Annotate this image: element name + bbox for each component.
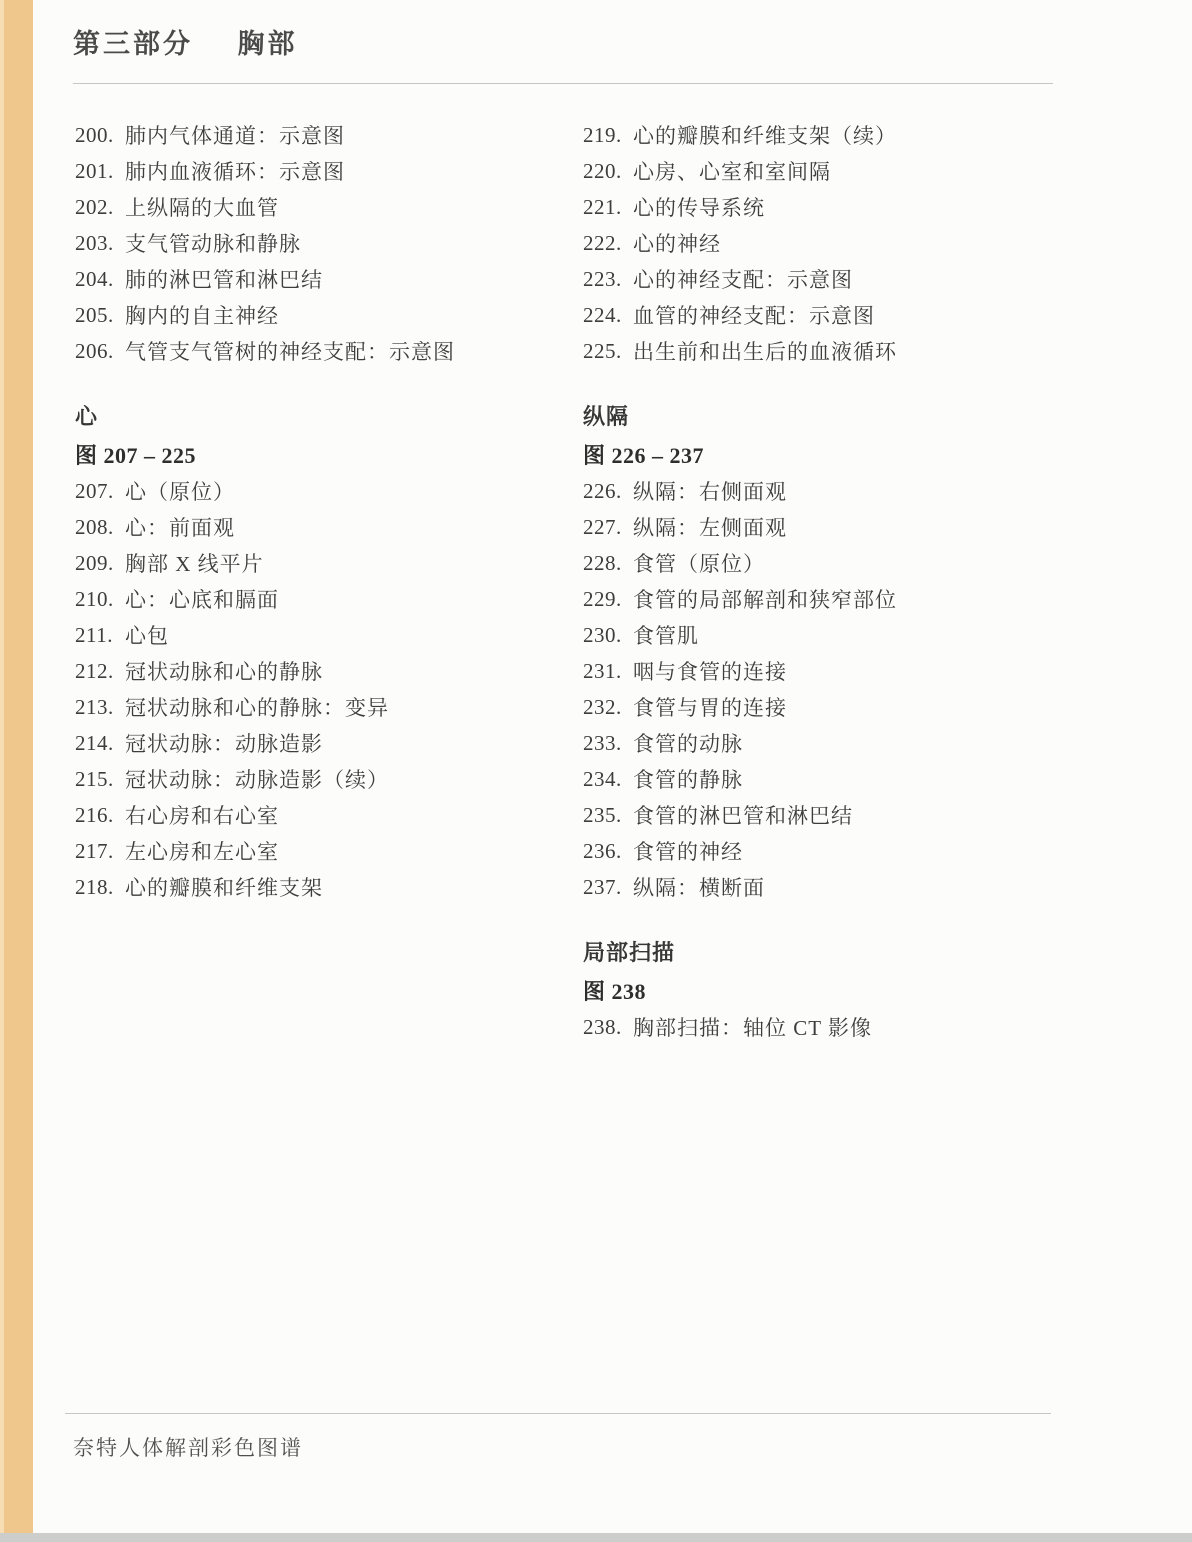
figure-title: 心包: [125, 620, 169, 650]
figure-title: 冠状动脉：动脉造影（续）: [125, 764, 389, 794]
figure-title: 冠状动脉和心的静脉: [125, 656, 323, 686]
toc-column-right: 219.心的瓣膜和纤维支架（续）220.心房、心室和室间隔221.心的传导系统2…: [583, 117, 1123, 1045]
figure-number: 233.: [583, 731, 633, 756]
figure-number: 224.: [583, 303, 633, 328]
figure-title: 左心房和左心室: [125, 836, 279, 866]
section-spacer: [75, 369, 565, 395]
figure-title: 肺内血液循环：示意图: [125, 156, 345, 186]
figure-number: 213.: [75, 695, 125, 720]
toc-entry: 204.肺的淋巴管和淋巴结: [75, 261, 565, 297]
toc-entry: 227.纵隔：左侧面观: [583, 509, 1123, 545]
figure-number: 210.: [75, 587, 125, 612]
toc-entry: 226.纵隔：右侧面观: [583, 473, 1123, 509]
figure-number: 202.: [75, 195, 125, 220]
toc-entry: 209.胸部 X 线平片: [75, 545, 565, 581]
figure-number: 231.: [583, 659, 633, 684]
toc-column-left: 200.肺内气体通道：示意图201.肺内血液循环：示意图202.上纵隔的大血管2…: [75, 117, 565, 905]
toc-entry: 221.心的传导系统: [583, 189, 1123, 225]
footer-rule: [65, 1413, 1051, 1414]
toc-entry: 223.心的神经支配：示意图: [583, 261, 1123, 297]
figure-title: 纵隔：左侧面观: [633, 512, 787, 542]
toc-entry: 215.冠状动脉：动脉造影（续）: [75, 761, 565, 797]
toc-entry: 235.食管的淋巴管和淋巴结: [583, 797, 1123, 833]
toc-entry: 203.支气管动脉和静脉: [75, 225, 565, 261]
toc-entry: 220.心房、心室和室间隔: [583, 153, 1123, 189]
figure-number: 234.: [583, 767, 633, 792]
figure-number: 205.: [75, 303, 125, 328]
figure-number: 203.: [75, 231, 125, 256]
toc-entry: 206.气管支气管树的神经支配：示意图: [75, 333, 565, 369]
figure-title: 胸部 X 线平片: [125, 548, 264, 578]
section-heading: 心: [75, 395, 565, 435]
figure-number: 217.: [75, 839, 125, 864]
figure-title: 咽与食管的连接: [633, 656, 787, 686]
toc-entry: 230.食管肌: [583, 617, 1123, 653]
toc-entry: 232.食管与胃的连接: [583, 689, 1123, 725]
section-figure-range: 图 226 – 237: [583, 435, 1123, 473]
figure-number: 228.: [583, 551, 633, 576]
section-heading: 局部扫描: [583, 931, 1123, 971]
toc-entry: 212.冠状动脉和心的静脉: [75, 653, 565, 689]
toc-entry: 234.食管的静脉: [583, 761, 1123, 797]
toc-entry: 214.冠状动脉：动脉造影: [75, 725, 565, 761]
figure-number: 208.: [75, 515, 125, 540]
figure-number: 212.: [75, 659, 125, 684]
figure-number: 226.: [583, 479, 633, 504]
figure-title: 上纵隔的大血管: [125, 192, 279, 222]
figure-title: 食管与胃的连接: [633, 692, 787, 722]
figure-title: 纵隔：右侧面观: [633, 476, 787, 506]
figure-title: 心的神经支配：示意图: [633, 264, 853, 294]
figure-number: 219.: [583, 123, 633, 148]
figure-title: 胸内的自主神经: [125, 300, 279, 330]
figure-title: 食管（原位）: [633, 548, 765, 578]
figure-number: 215.: [75, 767, 125, 792]
figure-title: 肺的淋巴管和淋巴结: [125, 264, 323, 294]
figure-number: 204.: [75, 267, 125, 292]
toc-entry: 224.血管的神经支配：示意图: [583, 297, 1123, 333]
figure-number: 230.: [583, 623, 633, 648]
figure-number: 222.: [583, 231, 633, 256]
toc-entry: 218.心的瓣膜和纤维支架: [75, 869, 565, 905]
toc-entry: 208.心：前面观: [75, 509, 565, 545]
toc-entry: 202.上纵隔的大血管: [75, 189, 565, 225]
page-bottom-edge: [0, 1533, 1192, 1542]
page-title: 第三部分 胸部: [73, 22, 1053, 61]
toc-entry: 222.心的神经: [583, 225, 1123, 261]
figure-title: 纵隔：横断面: [633, 872, 765, 902]
figure-number: 238.: [583, 1015, 633, 1040]
figure-number: 220.: [583, 159, 633, 184]
toc-entry: 228.食管（原位）: [583, 545, 1123, 581]
section-figure-range: 图 238: [583, 971, 1123, 1009]
figure-number: 218.: [75, 875, 125, 900]
page-footer: 奈特人体解剖彩色图谱: [65, 1413, 1051, 1462]
figure-number: 214.: [75, 731, 125, 756]
toc-entry: 229.食管的局部解剖和狭窄部位: [583, 581, 1123, 617]
figure-title: 食管肌: [633, 620, 699, 650]
figure-number: 211.: [75, 623, 125, 648]
toc-entry: 236.食管的神经: [583, 833, 1123, 869]
page-header: 第三部分 胸部: [73, 22, 1053, 61]
figure-title: 食管的静脉: [633, 764, 743, 794]
toc-entry: 211.心包: [75, 617, 565, 653]
section-spacer: [583, 905, 1123, 931]
figure-number: 225.: [583, 339, 633, 364]
figure-number: 221.: [583, 195, 633, 220]
figure-title: 心：心底和膈面: [125, 584, 279, 614]
toc-entry: 207.心（原位）: [75, 473, 565, 509]
figure-title: 心的传导系统: [633, 192, 765, 222]
toc-entry: 210.心：心底和膈面: [75, 581, 565, 617]
figure-title: 支气管动脉和静脉: [125, 228, 301, 258]
figure-title: 心的瓣膜和纤维支架: [125, 872, 323, 902]
toc-entry: 231.咽与食管的连接: [583, 653, 1123, 689]
toc-entry: 225.出生前和出生后的血液循环: [583, 333, 1123, 369]
figure-title: 右心房和右心室: [125, 800, 279, 830]
figure-number: 227.: [583, 515, 633, 540]
page-spine-strip: [0, 0, 33, 1533]
figure-title: 肺内气体通道：示意图: [125, 120, 345, 150]
figure-title: 心的神经: [633, 228, 721, 258]
figure-title: 血管的神经支配：示意图: [633, 300, 875, 330]
header-rule: [73, 83, 1053, 84]
figure-number: 216.: [75, 803, 125, 828]
figure-title: 胸部扫描：轴位 CT 影像: [633, 1012, 872, 1042]
figure-number: 232.: [583, 695, 633, 720]
toc-entry: 217.左心房和左心室: [75, 833, 565, 869]
figure-number: 201.: [75, 159, 125, 184]
toc-entry: 219.心的瓣膜和纤维支架（续）: [583, 117, 1123, 153]
part-label: 第三部分: [73, 29, 193, 59]
book-title: 奈特人体解剖彩色图谱: [73, 1432, 1051, 1462]
figure-number: 206.: [75, 339, 125, 364]
section-spacer: [583, 369, 1123, 395]
toc-entry: 201.肺内血液循环：示意图: [75, 153, 565, 189]
figure-title: 出生前和出生后的血液循环: [633, 336, 897, 366]
figure-title: 心：前面观: [125, 512, 235, 542]
figure-number: 200.: [75, 123, 125, 148]
figure-title: 食管的局部解剖和狭窄部位: [633, 584, 897, 614]
toc-entry: 213.冠状动脉和心的静脉：变异: [75, 689, 565, 725]
section-figure-range: 图 207 – 225: [75, 435, 565, 473]
section-heading: 纵隔: [583, 395, 1123, 435]
figure-title: 食管的淋巴管和淋巴结: [633, 800, 853, 830]
figure-title: 食管的神经: [633, 836, 743, 866]
figure-title: 心的瓣膜和纤维支架（续）: [633, 120, 897, 150]
figure-number: 207.: [75, 479, 125, 504]
toc-entry: 238.胸部扫描：轴位 CT 影像: [583, 1009, 1123, 1045]
figure-number: 237.: [583, 875, 633, 900]
toc-entry: 205.胸内的自主神经: [75, 297, 565, 333]
figure-title: 心房、心室和室间隔: [633, 156, 831, 186]
figure-title: 食管的动脉: [633, 728, 743, 758]
figure-number: 235.: [583, 803, 633, 828]
figure-title: 气管支气管树的神经支配：示意图: [125, 336, 455, 366]
figure-number: 223.: [583, 267, 633, 292]
toc-entry: 237.纵隔：横断面: [583, 869, 1123, 905]
figure-title: 心（原位）: [125, 476, 235, 506]
toc-entry: 200.肺内气体通道：示意图: [75, 117, 565, 153]
part-title: 胸部: [238, 29, 298, 59]
toc-entry: 233.食管的动脉: [583, 725, 1123, 761]
figure-number: 229.: [583, 587, 633, 612]
figure-number: 236.: [583, 839, 633, 864]
figure-number: 209.: [75, 551, 125, 576]
figure-title: 冠状动脉：动脉造影: [125, 728, 323, 758]
figure-title: 冠状动脉和心的静脉：变异: [125, 692, 389, 722]
toc-entry: 216.右心房和右心室: [75, 797, 565, 833]
